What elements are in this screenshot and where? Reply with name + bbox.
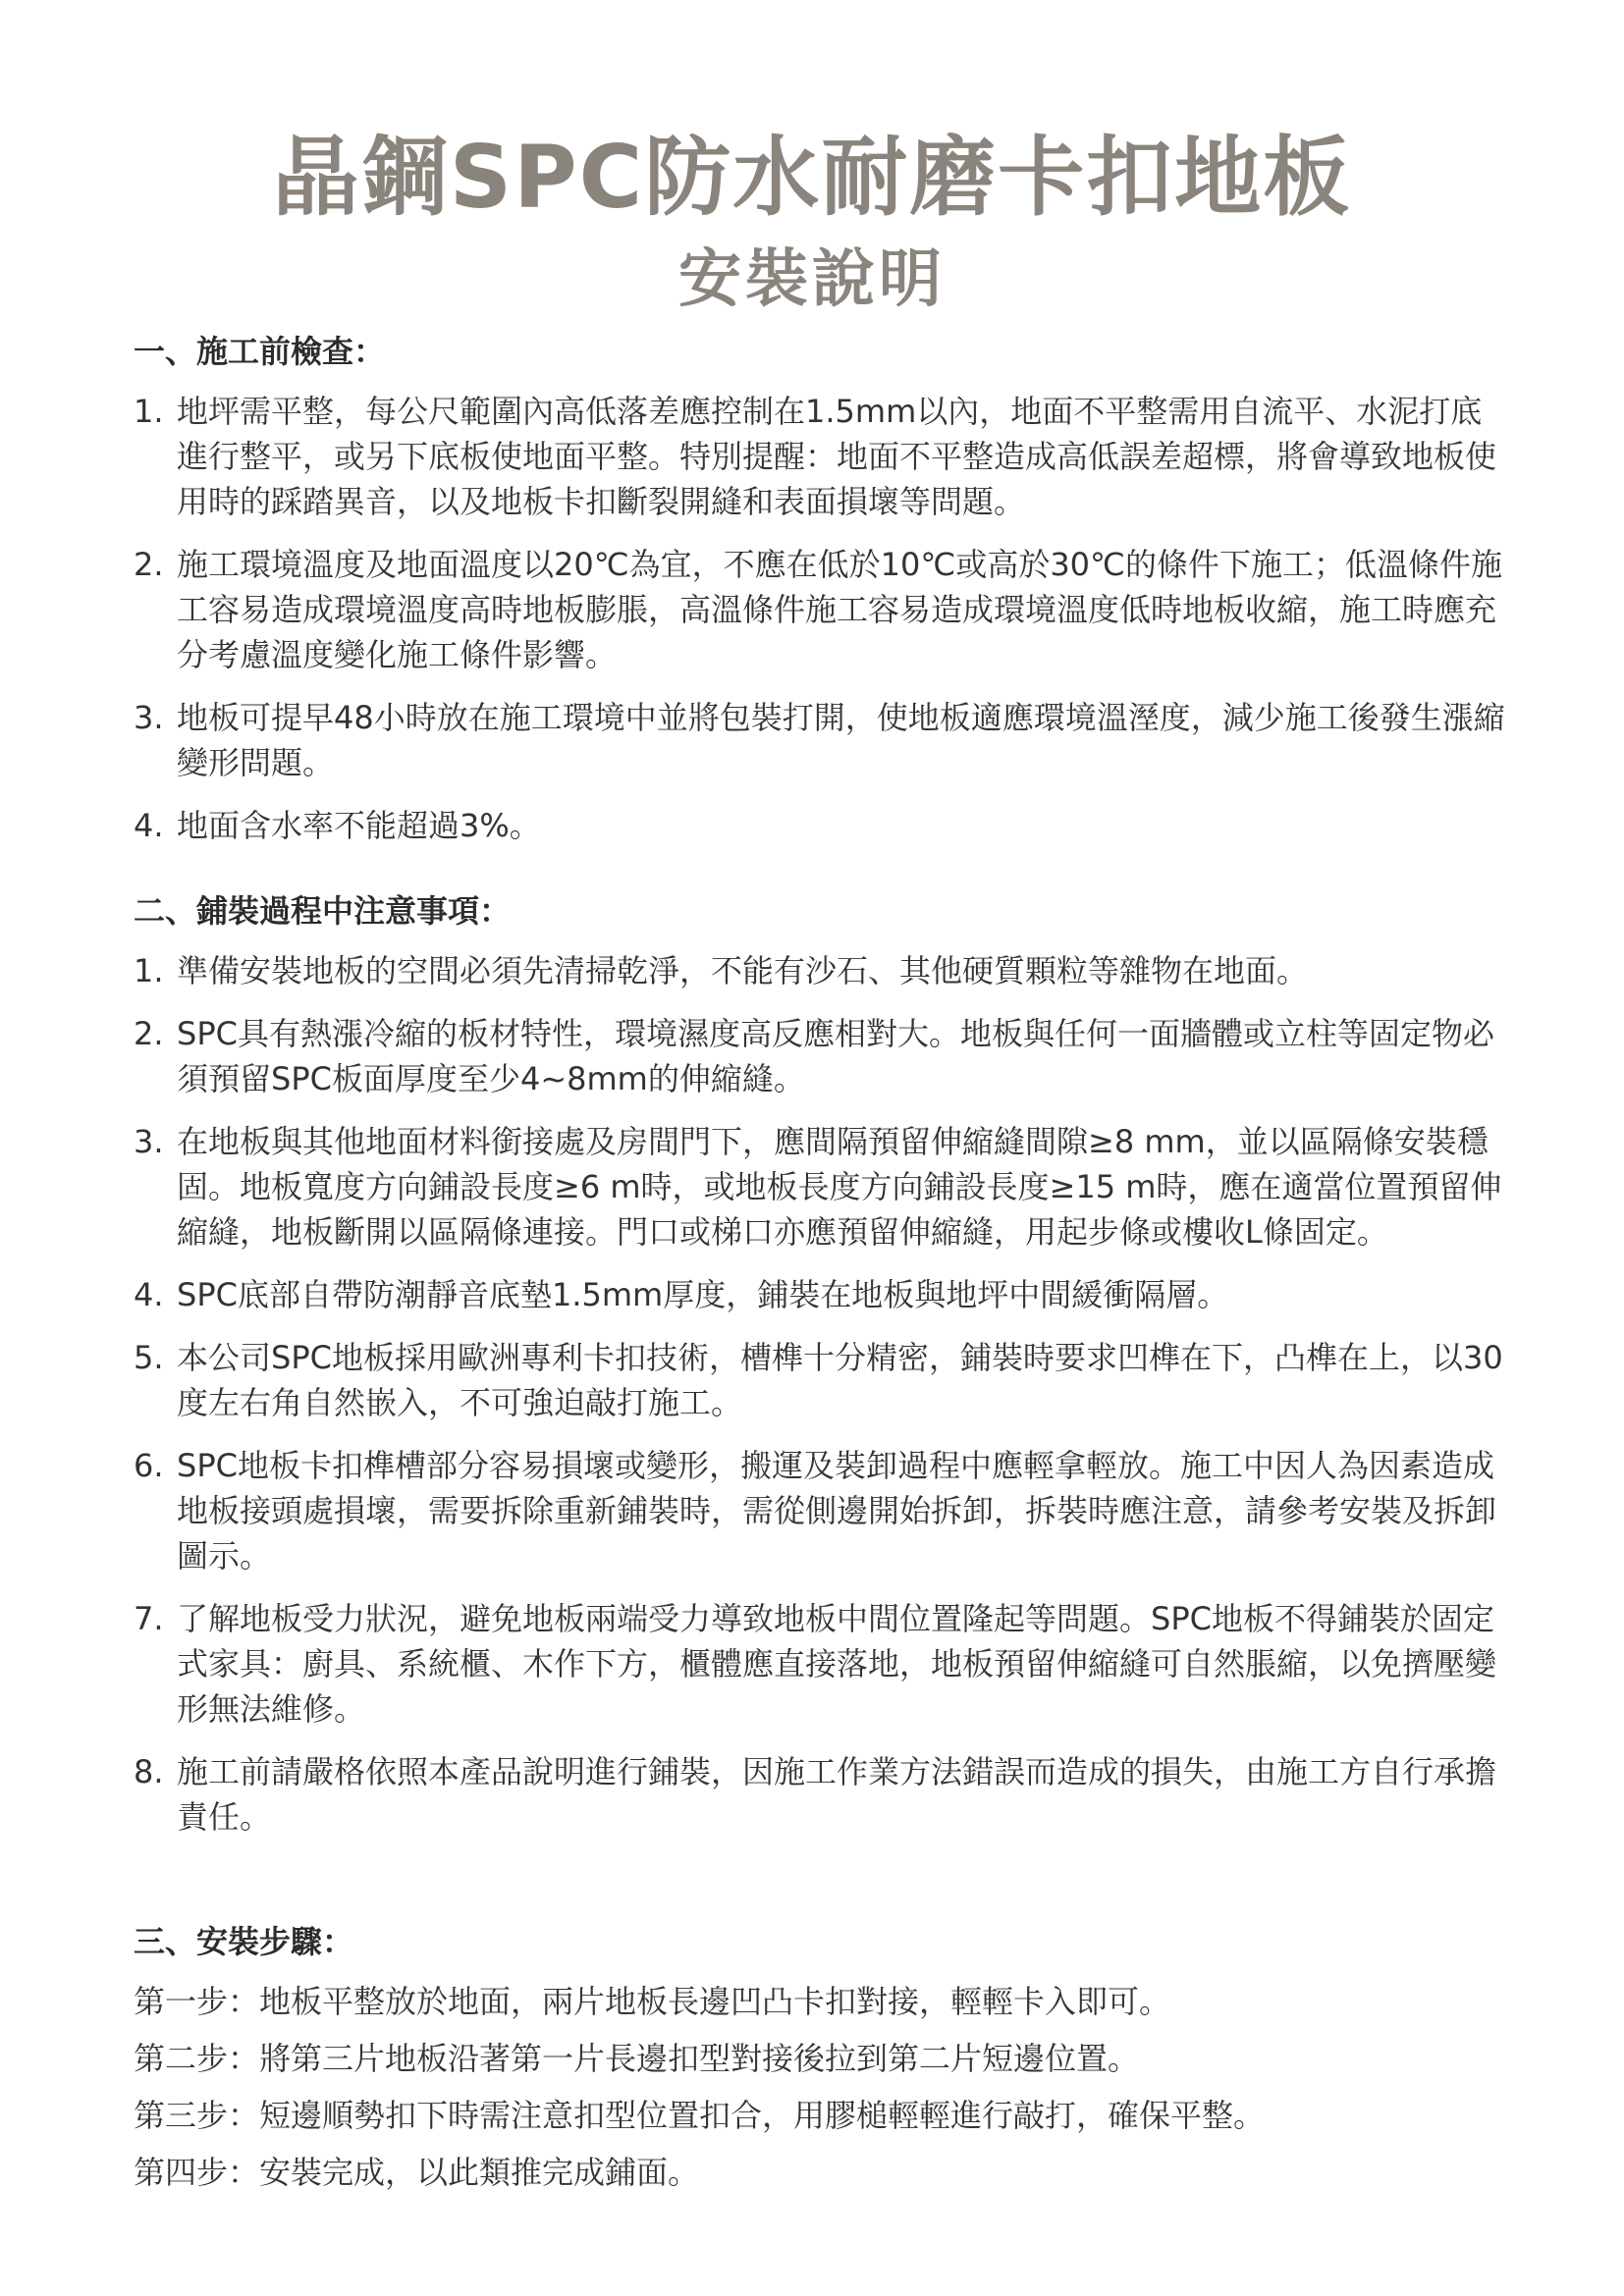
item-text: 施工前請嚴格依照本產品說明進行鋪裝，因施工作業方法錯誤而造成的損失，由施工方自行… — [177, 1753, 1496, 1836]
item-text: 地板可提早48小時放在施工環境中並將包裝打開，使地板適應環境溫溼度，減少施工後發… — [177, 699, 1505, 781]
item-text: 地面含水率不能超過3%。 — [177, 807, 541, 844]
item-text: SPC地板卡扣榫槽部分容易損壞或變形，搬運及裝卸過程中應輕拿輕放。施工中因人為因… — [177, 1447, 1496, 1575]
step-item: 第一步：地板平整放於地面，兩片地板長邊凹凸卡扣對接，輕輕卡入即可。 — [134, 1979, 1508, 2024]
section-heading: 三、安裝步驟： — [134, 1920, 1508, 1963]
document-page: 晶鋼SPC防水耐磨卡扣地板 安裝說明 一、施工前檢查： 1. 地坪需平整，每公尺… — [0, 0, 1624, 2296]
item-number: 8. — [134, 1749, 164, 1794]
section-pre-inspection: 一、施工前檢查： 1. 地坪需平整，每公尺範圍內高低落差應控制在1.5mm以內，… — [134, 330, 1508, 848]
item-text: SPC具有熱漲冷縮的板材特性，環境濕度高反應相對大。地板與任何一面牆體或立柱等固… — [177, 1015, 1494, 1097]
item-text: SPC底部自帶防潮靜音底墊1.5mm厚度，鋪裝在地板與地坪中間緩衝隔層。 — [177, 1276, 1228, 1313]
section-installation-notes: 二、鋪裝過程中注意事項： 1. 準備安裝地板的空間必須先清掃乾淨，不能有沙石、其… — [134, 889, 1508, 1840]
step-item: 第三步：短邊順勢扣下時需注意扣型位置扣合，用膠槌輕輕進行敲打，確保平整。 — [134, 2093, 1508, 2138]
item-number: 2. — [134, 542, 164, 587]
list-item: 6. SPC地板卡扣榫槽部分容易損壞或變形，搬運及裝卸過程中應輕拿輕放。施工中因… — [134, 1443, 1508, 1578]
section-heading: 一、施工前檢查： — [134, 330, 1508, 373]
item-text: 在地板與其他地面材料銜接處及房間門下，應間隔預留伸縮縫間隙≥8 mm，並以區隔條… — [177, 1123, 1501, 1251]
list-item: 1. 地坪需平整，每公尺範圍內高低落差應控制在1.5mm以內，地面不平整需用自流… — [134, 389, 1508, 524]
list-item: 5. 本公司SPC地板採用歐洲專利卡扣技術，槽榫十分精密，鋪裝時要求凹榫在下，凸… — [134, 1335, 1508, 1425]
item-number: 4. — [134, 803, 164, 848]
list-item: 3. 在地板與其他地面材料銜接處及房間門下，應間隔預留伸縮縫間隙≥8 mm，並以… — [134, 1119, 1508, 1255]
item-text: 地坪需平整，每公尺範圍內高低落差應控制在1.5mm以內，地面不平整需用自流平、水… — [177, 393, 1496, 520]
item-text: 本公司SPC地板採用歐洲專利卡扣技術，槽榫十分精密，鋪裝時要求凹榫在下，凸榫在上… — [177, 1339, 1503, 1421]
list-item: 7. 了解地板受力狀況，避免地板兩端受力導致地板中間位置隆起等問題。SPC地板不… — [134, 1596, 1508, 1732]
item-number: 1. — [134, 389, 164, 434]
document-subtitle: 安裝說明 — [0, 240, 1624, 319]
list-item: 4. SPC底部自帶防潮靜音底墊1.5mm厚度，鋪裝在地板與地坪中間緩衝隔層。 — [134, 1272, 1508, 1317]
list-item: 4. 地面含水率不能超過3%。 — [134, 803, 1508, 848]
list-item: 8. 施工前請嚴格依照本產品說明進行鋪裝，因施工作業方法錯誤而造成的損失，由施工… — [134, 1749, 1508, 1840]
section-installation-steps: 三、安裝步驟： 第一步：地板平整放於地面，兩片地板長邊凹凸卡扣對接，輕輕卡入即可… — [134, 1920, 1508, 2195]
item-number: 6. — [134, 1443, 164, 1488]
item-text: 施工環境溫度及地面溫度以20℃為宜，不應在低於10℃或高於30℃的條件下施工；低… — [177, 546, 1502, 673]
item-text: 了解地板受力狀況，避免地板兩端受力導致地板中間位置隆起等問題。SPC地板不得鋪裝… — [177, 1600, 1496, 1728]
section-heading: 二、鋪裝過程中注意事項： — [134, 889, 1508, 933]
item-number: 1. — [134, 948, 164, 993]
list-item: 1. 準備安裝地板的空間必須先清掃乾淨，不能有沙石、其他硬質顆粒等雜物在地面。 — [134, 948, 1508, 993]
item-number: 2. — [134, 1011, 164, 1056]
document-title: 晶鋼SPC防水耐磨卡扣地板 — [0, 124, 1624, 232]
step-item: 第二步：將第三片地板沿著第一片長邊扣型對接後拉到第二片短邊位置。 — [134, 2036, 1508, 2081]
list-item: 3. 地板可提早48小時放在施工環境中並將包裝打開，使地板適應環境溫溼度，減少施… — [134, 695, 1508, 785]
item-number: 4. — [134, 1272, 164, 1317]
item-text: 準備安裝地板的空間必須先清掃乾淨，不能有沙石、其他硬質顆粒等雜物在地面。 — [177, 952, 1308, 989]
item-number: 7. — [134, 1596, 164, 1641]
item-number: 3. — [134, 695, 164, 740]
step-item: 第四步：安裝完成，以此類推完成鋪面。 — [134, 2150, 1508, 2195]
list-item: 2. SPC具有熱漲冷縮的板材特性，環境濕度高反應相對大。地板與任何一面牆體或立… — [134, 1011, 1508, 1101]
item-number: 5. — [134, 1335, 164, 1380]
list-item: 2. 施工環境溫度及地面溫度以20℃為宜，不應在低於10℃或高於30℃的條件下施… — [134, 542, 1508, 677]
item-number: 3. — [134, 1119, 164, 1164]
